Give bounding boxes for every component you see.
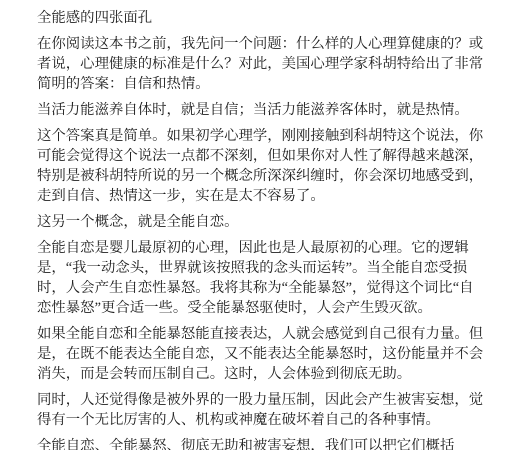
document-page: 全能感的四张面孔 在你阅读这本书之前，我先问一个问题：什么样的人心理算健康的？或…: [0, 0, 524, 450]
paragraph: 全能自恋是婴儿最原初的心理，因此也是人最原初的心理。它的逻辑 是，“我一动念头，…: [37, 238, 488, 318]
paragraph: 在你阅读这本书之前，我先问一个问题：什么样的人心理算健康的？或 者说，心理健康的…: [37, 34, 488, 94]
page-title: 全能感的四张面孔: [37, 8, 488, 28]
paragraph: 这另一个概念，就是全能自恋。: [37, 212, 488, 232]
paragraph: 这个答案真是简单。如果初学心理学，刚刚接触到科胡特这个说法，你 可能会觉得这个说…: [37, 126, 488, 206]
paragraph: 如果全能自恋和全能暴怒能直接表达，人就会感觉到自己很有力量。但 是，在既不能表达…: [37, 324, 488, 384]
paragraph: 当活力能滋养自体时，就是自信；当活力能滋养客体时，就是热情。: [37, 100, 488, 120]
paragraph: 同时，人还觉得像是被外界的一股力量压制，因此会产生被害妄想，觉 得有一个无比厉害…: [37, 390, 488, 430]
paragraph: 全能自恋、全能暴怒、彻底无助和被害妄想，我们可以把它们概括: [37, 436, 488, 450]
